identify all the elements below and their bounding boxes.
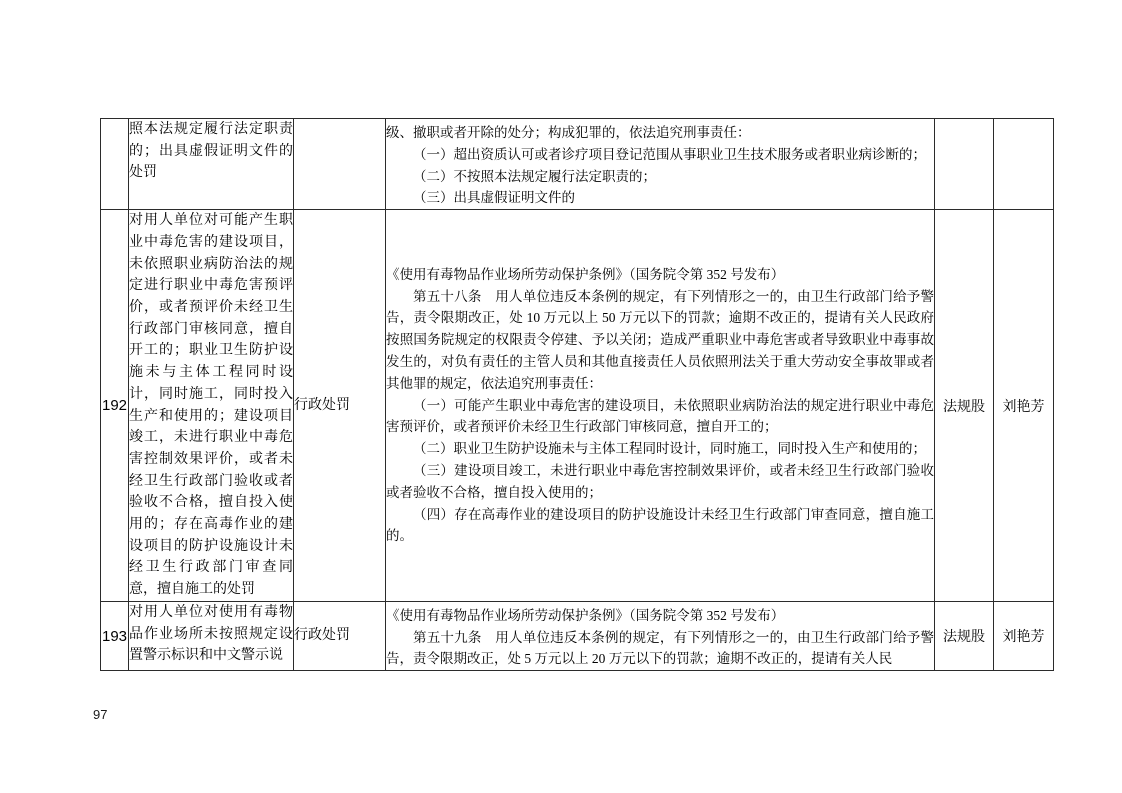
page-number: 97 bbox=[93, 707, 107, 722]
legal-basis-paragraph: 《使用有毒物品作业场所劳动保护条例》（国务院令第 352 号发布） bbox=[386, 605, 934, 627]
legal-basis-paragraph: （二）职业卫生防护设施未与主体工程同时设计，同时施工，同时投入生产和使用的； bbox=[386, 438, 934, 460]
reviewer-cell: 刘艳芳 bbox=[994, 210, 1054, 602]
legal-basis-paragraph: （三）建设项目竣工，未进行职业中毒危害控制效果评价，或者未经卫生行政部门验收或者… bbox=[386, 460, 934, 504]
department-cell: 法规股 bbox=[935, 210, 994, 602]
legal-basis-paragraph: （四）存在高毒作业的建设项目的防护设施设计未经卫生行政部门审查同意，擅自施工的。 bbox=[386, 504, 934, 548]
department-cell: 法规股 bbox=[935, 601, 994, 670]
legal-basis-paragraph: （三）出具虚假证明文件的 bbox=[386, 187, 934, 209]
penalty-type-cell bbox=[294, 119, 386, 210]
legal-basis-paragraph: 第五十九条 用人单位违反本条例的规定，有下列情形之一的，由卫生行政部门给予警告，… bbox=[386, 627, 934, 671]
penalty-type-cell: 行政处罚 bbox=[294, 601, 386, 670]
legal-basis-paragraph: 《使用有毒物品作业场所劳动保护条例》（国务院令第 352 号发布） bbox=[386, 264, 934, 286]
table-row: 192 对用人单位对可能产生职业中毒危害的建设项目，未依照职业病防治法的规定进行… bbox=[101, 210, 1054, 602]
legal-basis-cell: 《使用有毒物品作业场所劳动保护条例》（国务院令第 352 号发布） 第五十八条 … bbox=[386, 210, 935, 602]
legal-basis-cell: 《使用有毒物品作业场所劳动保护条例》（国务院令第 352 号发布） 第五十九条 … bbox=[386, 601, 935, 670]
item-description-cell: 对用人单位对可能产生职业中毒危害的建设项目，未依照职业病防治法的规定进行职业中毒… bbox=[129, 210, 294, 602]
table-row: 照本法规定履行法定职责的；出具虚假证明文件的处罚 级、撤职或者开除的处分；构成犯… bbox=[101, 119, 1054, 210]
reviewer-cell bbox=[994, 119, 1054, 210]
document-page: 照本法规定履行法定职责的；出具虚假证明文件的处罚 级、撤职或者开除的处分；构成犯… bbox=[0, 0, 1122, 793]
item-description-cell: 照本法规定履行法定职责的；出具虚假证明文件的处罚 bbox=[129, 119, 294, 210]
table-row: 193 对用人单位对使用有毒物品作业场所未按照规定设置警示标识和中文警示说 行政… bbox=[101, 601, 1054, 670]
legal-basis-paragraph: （一）可能产生职业中毒危害的建设项目，未依照职业病防治法的规定进行职业中毒危害预… bbox=[386, 395, 934, 439]
legal-basis-cell: 级、撤职或者开除的处分；构成犯罪的，依法追究刑事责任： （一）超出资质认可或者诊… bbox=[386, 119, 935, 210]
legal-basis-paragraph: （一）超出资质认可或者诊疗项目登记范围从事职业卫生技术服务或者职业病诊断的； bbox=[386, 144, 934, 166]
department-cell bbox=[935, 119, 994, 210]
penalty-items-table: 照本法规定履行法定职责的；出具虚假证明文件的处罚 级、撤职或者开除的处分；构成犯… bbox=[100, 118, 1054, 671]
item-number-cell: 192 bbox=[101, 210, 129, 602]
legal-basis-paragraph: 级、撤职或者开除的处分；构成犯罪的，依法追究刑事责任： bbox=[386, 122, 934, 144]
item-number-cell bbox=[101, 119, 129, 210]
legal-basis-paragraph: 第五十八条 用人单位违反本条例的规定，有下列情形之一的，由卫生行政部门给予警告，… bbox=[386, 286, 934, 395]
penalty-type-cell: 行政处罚 bbox=[294, 210, 386, 602]
reviewer-cell: 刘艳芳 bbox=[994, 601, 1054, 670]
legal-basis-paragraph: （二）不按照本法规定履行法定职责的； bbox=[386, 166, 934, 188]
item-number-cell: 193 bbox=[101, 601, 129, 670]
item-description-cell: 对用人单位对使用有毒物品作业场所未按照规定设置警示标识和中文警示说 bbox=[129, 601, 294, 670]
